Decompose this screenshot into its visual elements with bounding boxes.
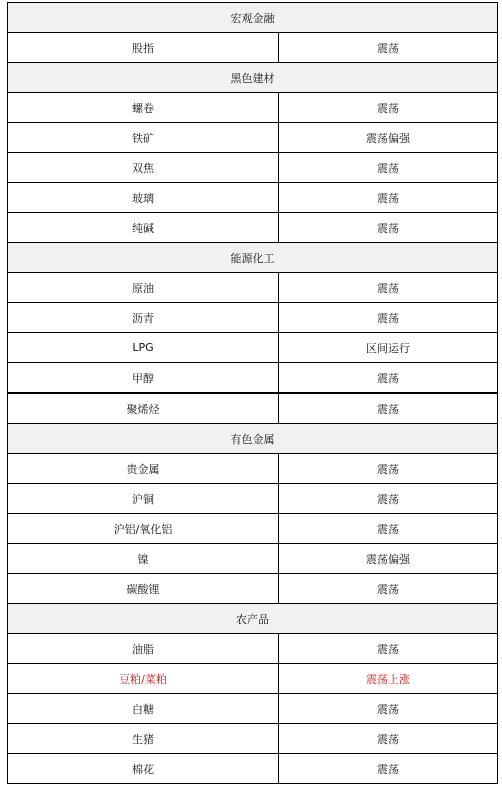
item-cell: 聚烯烃 xyxy=(8,393,279,424)
item-cell: 沪铝/氧化铝 xyxy=(8,514,279,544)
view-cell: 震荡上涨 xyxy=(279,664,498,694)
view-cell: 震荡 xyxy=(279,213,498,243)
item-cell: 白糖 xyxy=(8,694,279,724)
table-row: 贵金属震荡 xyxy=(8,454,498,484)
table-row: 聚烯烃震荡 xyxy=(8,393,498,424)
item-cell: 镍 xyxy=(8,544,279,574)
view-cell: 震荡 xyxy=(279,634,498,664)
table-row: 碳酸锂震荡 xyxy=(8,574,498,604)
view-cell: 震荡 xyxy=(279,724,498,754)
table-row: 股指震荡 xyxy=(8,33,498,63)
market-view-table: 宏观金融 股指震荡 黑色建材 螺卷震荡 铁矿震荡偏强 双焦震荡 玻璃震荡 纯碱震… xyxy=(7,2,498,784)
category-label: 能源化工 xyxy=(8,243,498,273)
view-cell: 震荡 xyxy=(279,393,498,424)
view-cell: 震荡 xyxy=(279,484,498,514)
item-cell: 甲醇 xyxy=(8,363,279,394)
item-cell: 双焦 xyxy=(8,153,279,183)
view-cell: 震荡 xyxy=(279,93,498,123)
category-row-macro-finance: 宏观金融 xyxy=(8,3,498,33)
table-row: 油脂震荡 xyxy=(8,634,498,664)
category-label: 有色金属 xyxy=(8,424,498,454)
view-cell: 震荡 xyxy=(279,754,498,784)
table-row: 原油震荡 xyxy=(8,273,498,303)
item-cell: 碳酸锂 xyxy=(8,574,279,604)
item-cell: 螺卷 xyxy=(8,93,279,123)
item-cell: 豆粕/菜粕 xyxy=(8,664,279,694)
view-cell: 震荡 xyxy=(279,183,498,213)
view-cell: 震荡偏强 xyxy=(279,544,498,574)
item-cell: 铁矿 xyxy=(8,123,279,153)
item-cell: 生猪 xyxy=(8,724,279,754)
item-cell: 玻璃 xyxy=(8,183,279,213)
table-row: 甲醇震荡 xyxy=(8,363,498,394)
item-cell: 原油 xyxy=(8,273,279,303)
table-row: 棉花震荡 xyxy=(8,754,498,784)
view-cell: 震荡 xyxy=(279,273,498,303)
view-cell: 震荡 xyxy=(279,694,498,724)
table-row-highlighted: 豆粕/菜粕震荡上涨 xyxy=(8,664,498,694)
view-cell: 震荡 xyxy=(279,574,498,604)
table-row: 沪铝/氧化铝震荡 xyxy=(8,514,498,544)
table-row: LPG区间运行 xyxy=(8,333,498,363)
category-label: 黑色建材 xyxy=(8,63,498,93)
table-row: 铁矿震荡偏强 xyxy=(8,123,498,153)
category-row-agriculture: 农产品 xyxy=(8,604,498,634)
view-cell: 震荡 xyxy=(279,363,498,394)
category-label: 宏观金融 xyxy=(8,3,498,33)
category-row-energy-chemical: 能源化工 xyxy=(8,243,498,273)
table-row: 生猪震荡 xyxy=(8,724,498,754)
view-cell: 震荡 xyxy=(279,153,498,183)
view-cell: 区间运行 xyxy=(279,333,498,363)
table-row: 沥青震荡 xyxy=(8,303,498,333)
view-cell: 震荡 xyxy=(279,454,498,484)
item-cell: 棉花 xyxy=(8,754,279,784)
category-row-ferrous-building: 黑色建材 xyxy=(8,63,498,93)
table-row: 双焦震荡 xyxy=(8,153,498,183)
item-cell: LPG xyxy=(8,333,279,363)
table-row: 镍震荡偏强 xyxy=(8,544,498,574)
view-cell: 震荡 xyxy=(279,514,498,544)
table-row: 螺卷震荡 xyxy=(8,93,498,123)
table-row: 玻璃震荡 xyxy=(8,183,498,213)
view-cell: 震荡 xyxy=(279,303,498,333)
category-row-nonferrous-metals: 有色金属 xyxy=(8,424,498,454)
table-row: 纯碱震荡 xyxy=(8,213,498,243)
table-row: 白糖震荡 xyxy=(8,694,498,724)
item-cell: 贵金属 xyxy=(8,454,279,484)
item-cell: 油脂 xyxy=(8,634,279,664)
item-cell: 沥青 xyxy=(8,303,279,333)
category-label: 农产品 xyxy=(8,604,498,634)
view-cell: 震荡偏强 xyxy=(279,123,498,153)
table-row: 沪铜震荡 xyxy=(8,484,498,514)
view-cell: 震荡 xyxy=(279,33,498,63)
item-cell: 股指 xyxy=(8,33,279,63)
item-cell: 沪铜 xyxy=(8,484,279,514)
item-cell: 纯碱 xyxy=(8,213,279,243)
